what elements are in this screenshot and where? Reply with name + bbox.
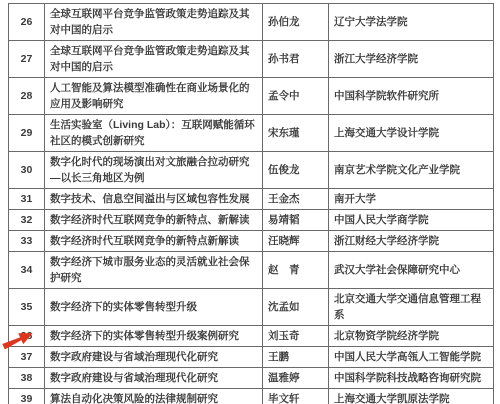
cell-name: 王鹏: [263, 347, 329, 368]
cell-institution: 上海交通大学凯原法学院: [329, 389, 494, 404]
cell-no: 30: [9, 152, 45, 189]
cell-name: 王金杰: [263, 189, 329, 210]
cell-institution: 浙江大学经济学院: [329, 41, 494, 78]
cell-title: 生活实验室（Living Lab）：互联网赋能循环社区的模式创新研究: [45, 115, 263, 152]
cell-no: 39: [9, 389, 45, 404]
cell-no: 31: [9, 189, 45, 210]
cell-title: 数字经济时代互联网竞争的新特点、新解读: [45, 210, 263, 231]
cell-name: 伍俊龙: [263, 152, 329, 189]
table-row: 38数字政府建设与省域治理现代化研究温雅婷中国科学院科技战略咨询研究院: [9, 368, 494, 389]
cell-institution: 浙江财经大学经济学院: [329, 231, 494, 252]
cell-title: 数字政府建设与省域治理现代化研究: [45, 347, 263, 368]
cell-title: 数字经济下城市服务业态的灵活就业社会保护研究: [45, 252, 263, 289]
cell-no: 36: [9, 326, 45, 347]
table-row: 30数字化时代的现场演出对文旅融合拉动研究—以长三角地区为例伍俊龙南京艺术学院文…: [9, 152, 494, 189]
cell-name: 沈孟如: [263, 289, 329, 326]
table-row: 33数字经济时代互联网竞争的新特点新解读汪晓辉浙江财经大学经济学院: [9, 231, 494, 252]
cell-no: 27: [9, 41, 45, 78]
table-row: 31数字技术、信息空间溢出与区域包容性发展王金杰南开大学: [9, 189, 494, 210]
cell-no: 35: [9, 289, 45, 326]
table-row: 36数字经济下的实体零售转型升级案例研究刘玉奇北京物资学院经济学院: [9, 326, 494, 347]
table-row: 32数字经济时代互联网竞争的新特点、新解读易靖韬中国人民大学商学院: [9, 210, 494, 231]
cell-institution: 中国人民大学高瓴人工智能学院: [329, 347, 494, 368]
table-row: 29生活实验室（Living Lab）：互联网赋能循环社区的模式创新研究宋东瑾上…: [9, 115, 494, 152]
table-row: 27全球互联网平台竞争监管政策走势追踪及其对中国的启示孙书君浙江大学经济学院: [9, 41, 494, 78]
cell-name: 孙伯龙: [263, 4, 329, 41]
cell-name: 刘玉奇: [263, 326, 329, 347]
cell-title: 全球互联网平台竞争监管政策走势追踪及其对中国的启示: [45, 4, 263, 41]
cell-name: 汪晓辉: [263, 231, 329, 252]
cell-name: 赵 青: [263, 252, 329, 289]
cell-name: 孙书君: [263, 41, 329, 78]
table-row: 34数字经济下城市服务业态的灵活就业社会保护研究赵 青武汉大学社会保障研究中心: [9, 252, 494, 289]
cell-no: 29: [9, 115, 45, 152]
cell-name: 孟令中: [263, 78, 329, 115]
cell-no: 34: [9, 252, 45, 289]
cell-no: 28: [9, 78, 45, 115]
cell-institution: 北京物资学院经济学院: [329, 326, 494, 347]
cell-title: 人工智能及算法模型准确性在商业场景化的应用及影响研究: [45, 78, 263, 115]
cell-institution: 南京艺术学院文化产业学院: [329, 152, 494, 189]
cell-title: 算法自动化决策风险的法律规制研究: [45, 389, 263, 404]
cell-institution: 中国科学院软件研究所: [329, 78, 494, 115]
cell-institution: 武汉大学社会保障研究中心: [329, 252, 494, 289]
project-table-body: 26全球互联网平台竞争监管政策走势追踪及其对中国的启示孙伯龙辽宁大学法学院27全…: [9, 4, 494, 404]
cell-title: 全球互联网平台竞争监管政策走势追踪及其对中国的启示: [45, 41, 263, 78]
cell-title: 数字政府建设与省域治理现代化研究: [45, 368, 263, 389]
cell-no: 37: [9, 347, 45, 368]
document-page: 26全球互联网平台竞争监管政策走势追踪及其对中国的启示孙伯龙辽宁大学法学院27全…: [0, 0, 500, 404]
cell-institution: 上海交通大学设计学院: [329, 115, 494, 152]
cell-name: 温雅婷: [263, 368, 329, 389]
project-list-table: 26全球互联网平台竞争监管政策走势追踪及其对中国的启示孙伯龙辽宁大学法学院27全…: [8, 3, 494, 404]
cell-institution: 中国人民大学商学院: [329, 210, 494, 231]
table-row: 28人工智能及算法模型准确性在商业场景化的应用及影响研究孟令中中国科学院软件研究…: [9, 78, 494, 115]
cell-no: 33: [9, 231, 45, 252]
cell-no: 38: [9, 368, 45, 389]
cell-institution: 南开大学: [329, 189, 494, 210]
cell-name: 易靖韬: [263, 210, 329, 231]
cell-no: 26: [9, 4, 45, 41]
cell-name: 毕文轩: [263, 389, 329, 404]
cell-no: 32: [9, 210, 45, 231]
table-row: 37数字政府建设与省域治理现代化研究王鹏中国人民大学高瓴人工智能学院: [9, 347, 494, 368]
cell-title: 数字经济下的实体零售转型升级案例研究: [45, 326, 263, 347]
cell-title: 数字经济时代互联网竞争的新特点新解读: [45, 231, 263, 252]
cell-name: 宋东瑾: [263, 115, 329, 152]
cell-institution: 中国科学院科技战略咨询研究院: [329, 368, 494, 389]
cell-institution: 辽宁大学法学院: [329, 4, 494, 41]
table-row: 39算法自动化决策风险的法律规制研究毕文轩上海交通大学凯原法学院: [9, 389, 494, 404]
cell-title: 数字经济下的实体零售转型升级: [45, 289, 263, 326]
cell-title: 数字化时代的现场演出对文旅融合拉动研究—以长三角地区为例: [45, 152, 263, 189]
table-row: 35数字经济下的实体零售转型升级沈孟如北京交通大学交通信息管理工程系: [9, 289, 494, 326]
cell-institution: 北京交通大学交通信息管理工程系: [329, 289, 494, 326]
table-row: 26全球互联网平台竞争监管政策走势追踪及其对中国的启示孙伯龙辽宁大学法学院: [9, 4, 494, 41]
cell-title: 数字技术、信息空间溢出与区域包容性发展: [45, 189, 263, 210]
